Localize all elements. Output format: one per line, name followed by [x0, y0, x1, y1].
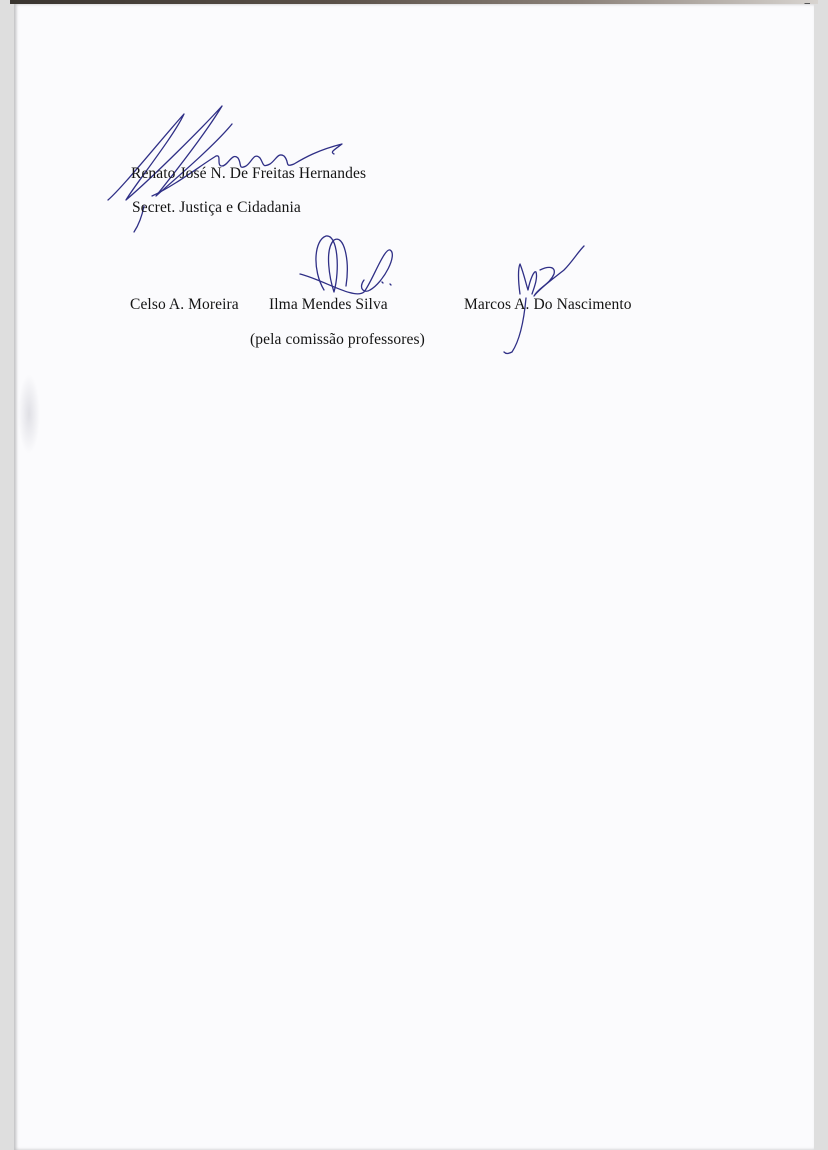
signatory-name: Renato José N. De Freitas Hernandes [131, 165, 366, 183]
signatory-name: Celso A. Moreira [130, 296, 239, 314]
signatory-name: Ilma Mendes Silva [269, 296, 388, 314]
signatory-title: Secret. Justiça e Cidadania [132, 199, 301, 217]
document-page: Renato José N. De Freitas Hernandes Secr… [14, 4, 814, 1150]
photo-frame: Renato José N. De Freitas Hernandes Secr… [0, 0, 828, 1150]
group-note: (pela comissão professores) [250, 331, 425, 349]
signatory-name: Marcos A. Do Nascimento [464, 296, 632, 314]
